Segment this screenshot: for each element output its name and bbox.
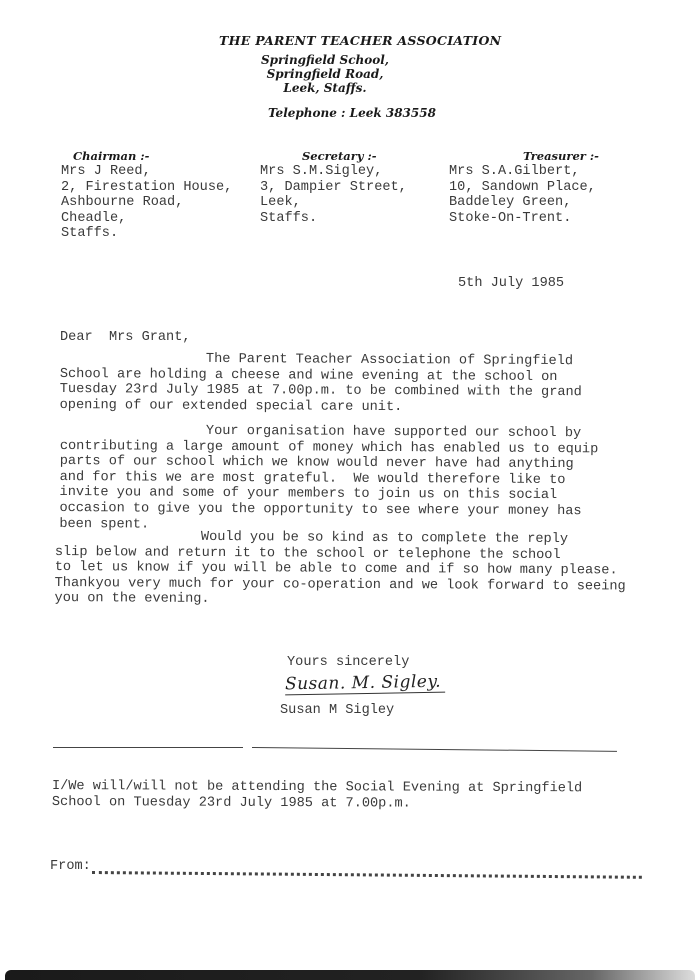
secretary-label: Secretary :- [302, 149, 377, 163]
paragraph-text: Would you be so kind as to complete the … [55, 530, 626, 607]
chairman-label: Chairman :- [73, 149, 149, 163]
paragraph-text: Your organisation have supported our sch… [59, 424, 598, 532]
letterhead-address: Springfield School, Springfield Road, Le… [220, 53, 430, 95]
letter-date: 5th July 1985 [458, 276, 564, 292]
chairman-address: Mrs J Reed, 2, Firestation House, Ashbou… [61, 164, 232, 242]
tear-off-line [53, 747, 243, 748]
from-field[interactable] [92, 858, 642, 879]
paragraph-thanks: Your organisation have supported our sch… [59, 423, 598, 535]
from-label: From: [50, 859, 91, 875]
organisation-title: THE PARENT TEACHER ASSOCIATION [219, 33, 501, 48]
closing: Yours sincerely [287, 655, 409, 671]
scan-edge [5, 970, 695, 980]
salutation: Dear Mrs Grant, [60, 330, 191, 346]
treasurer-address: Mrs S.A.Gilbert, 10, Sandown Place, Badd… [449, 164, 596, 226]
paragraph-request: Would you be so kind as to complete the … [55, 529, 626, 610]
handwritten-signature: Susan. M. Sigley. [285, 672, 445, 696]
address-line: Springfield Road, [220, 67, 430, 81]
paragraph-invitation: The Parent Teacher Association of Spring… [60, 351, 582, 417]
address-line: Leek, Staffs. [220, 81, 430, 95]
paragraph-text: The Parent Teacher Association of Spring… [60, 352, 582, 415]
tear-off-line [252, 747, 617, 752]
secretary-address: Mrs S.M.Sigley, 3, Dampier Street, Leek,… [260, 164, 407, 226]
treasurer-label: Treasurer :- [523, 149, 599, 163]
telephone: Telephone : Leek 383558 [268, 106, 436, 120]
reply-slip-text: I/We will/will not be attending the Soci… [52, 779, 582, 813]
typed-name: Susan M Sigley [280, 703, 394, 719]
address-line: Springfield School, [220, 53, 430, 67]
